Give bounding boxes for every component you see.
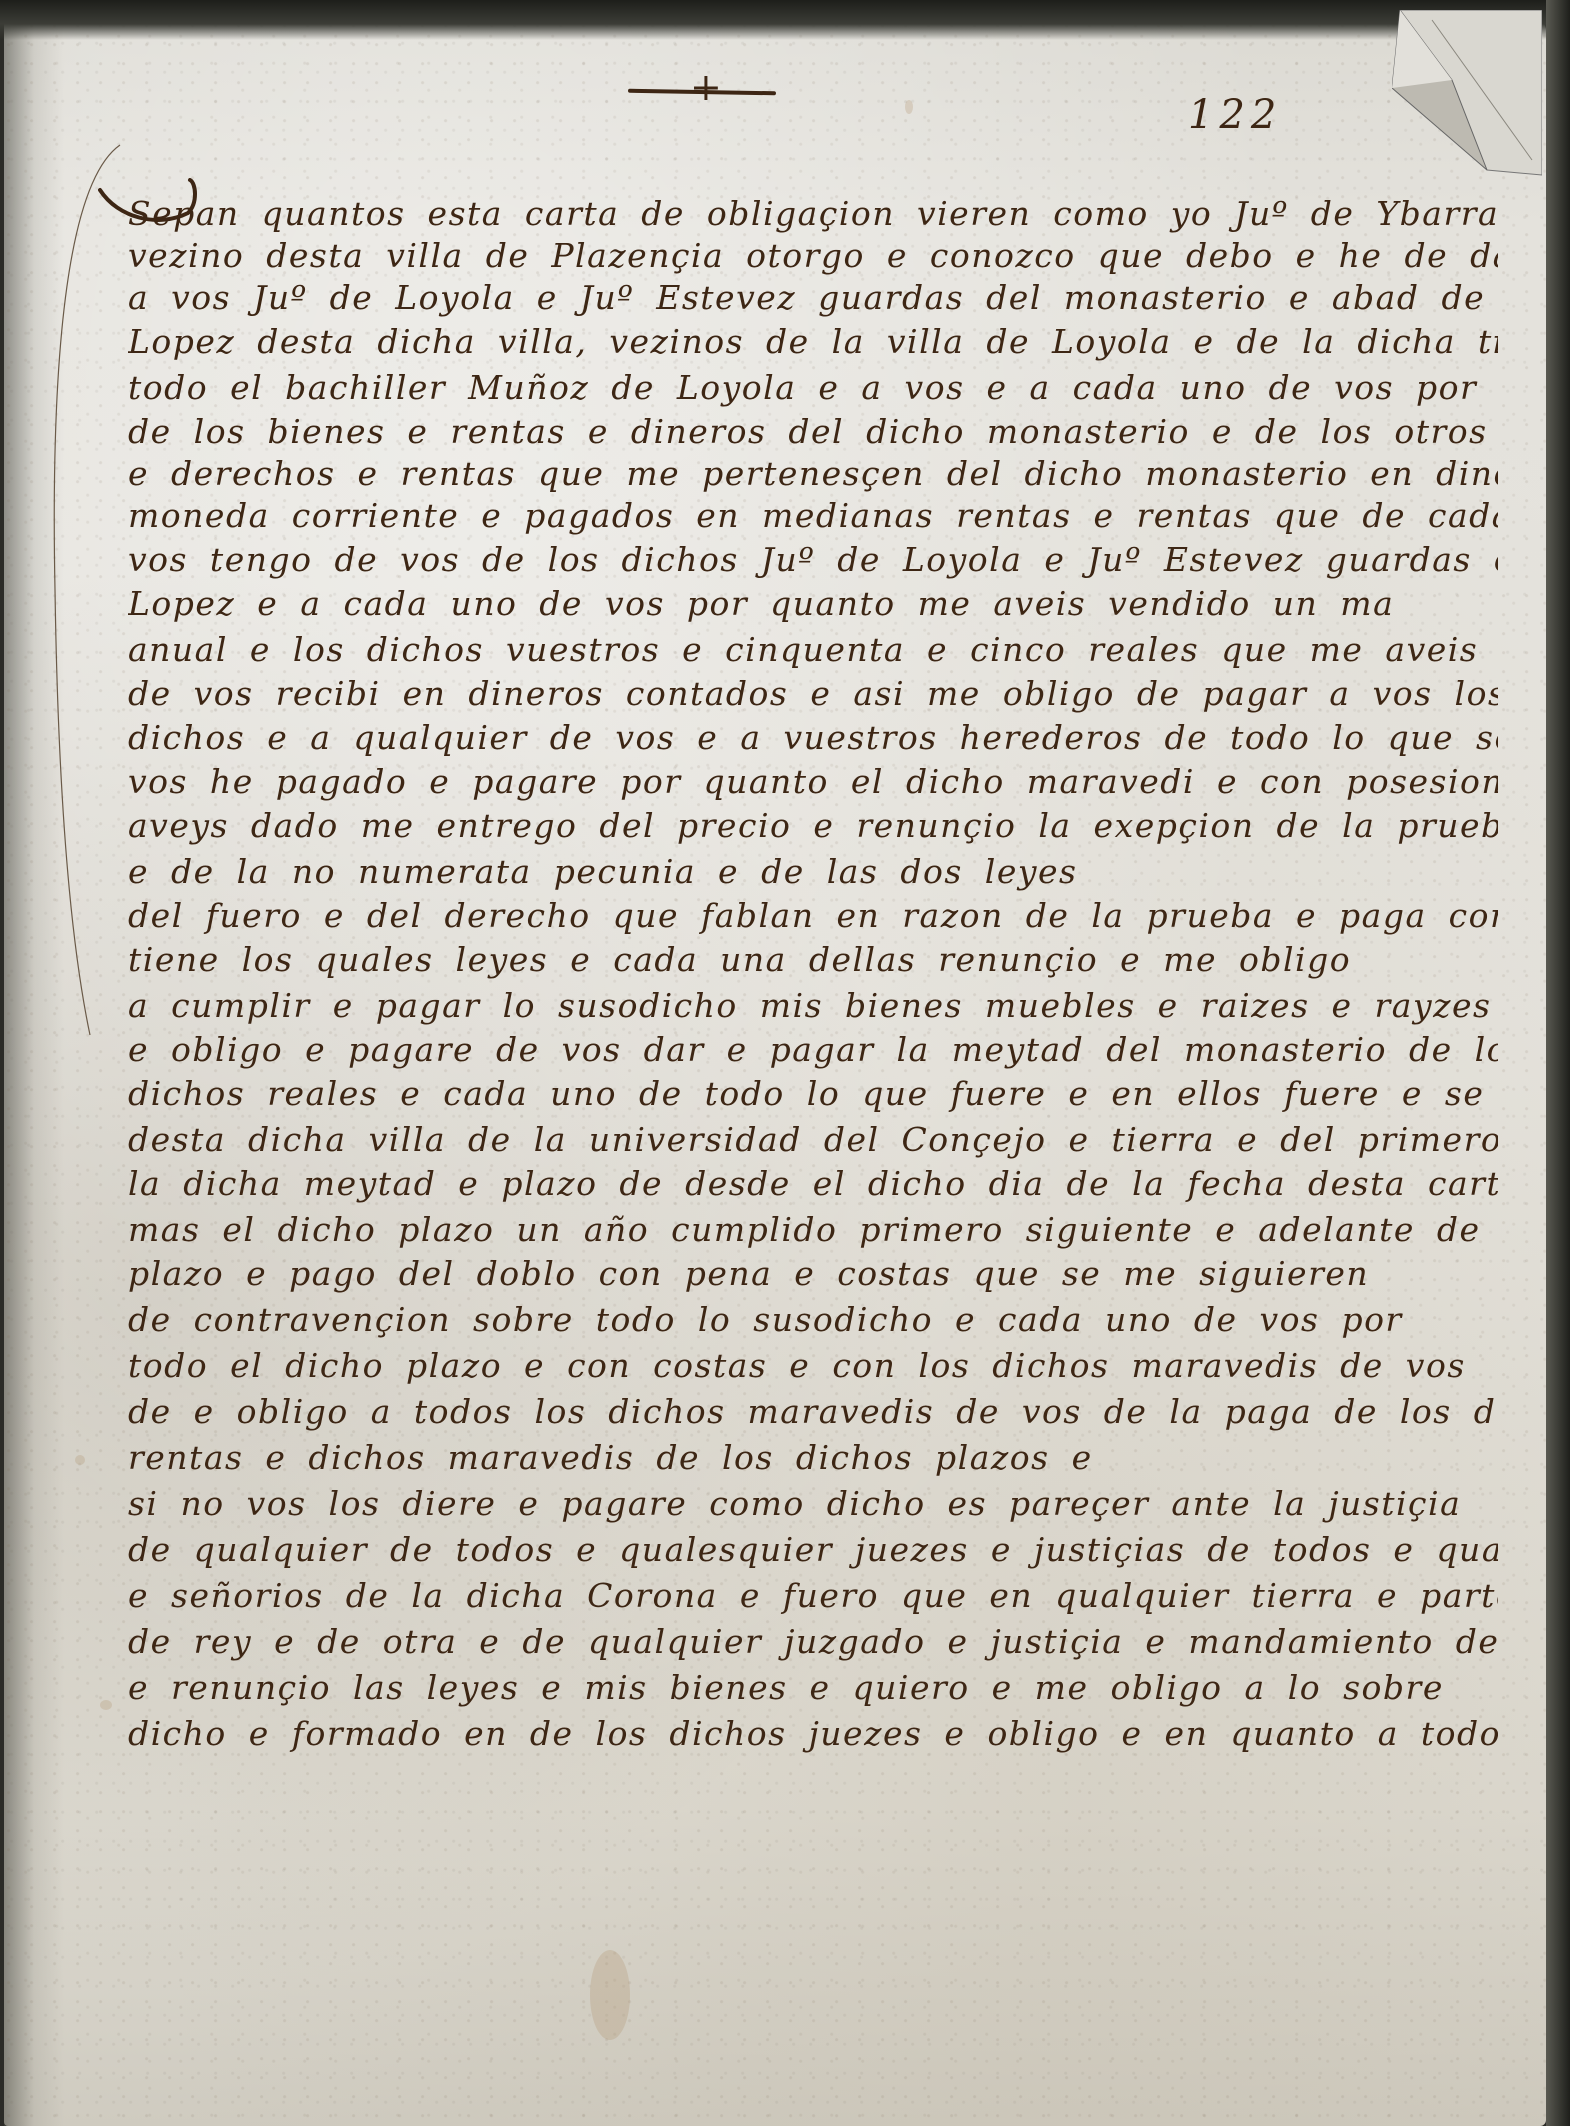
- text-line: dichos e a qualquier de vos e a vuestros…: [128, 718, 1498, 758]
- text-line: de qualquier de todos e qualesquier juez…: [128, 1530, 1498, 1570]
- text-line: e derechos e rentas que me pertenesçen d…: [128, 454, 1498, 494]
- text-line: si no vos los diere e pagare como dicho …: [128, 1484, 1498, 1524]
- text-line: de los bienes e rentas e dineros del dic…: [128, 412, 1498, 452]
- folio-number: 122: [1188, 92, 1282, 138]
- cross-glyph: +: [690, 68, 722, 106]
- text-line: vos he pagado e pagare por quanto el dic…: [128, 762, 1498, 802]
- folded-corner: [1392, 10, 1542, 180]
- text-line: la dicha meytad e plazo de desde el dich…: [128, 1164, 1498, 1204]
- manuscript-scan: + 122 Sepan quantos esta carta de obliga…: [0, 0, 1570, 2126]
- text-line: moneda corriente e pagados en medianas r…: [128, 496, 1498, 536]
- text-line: e señorios de la dicha Corona e fuero qu…: [128, 1576, 1498, 1616]
- binding-shadow-top: [0, 0, 1570, 40]
- text-line: anual e los dichos vuestros e cinquenta …: [128, 630, 1498, 670]
- text-line: rentas e dichos maravedis de los dichos …: [128, 1438, 1498, 1478]
- text-line: e obligo e pagare de vos dar e pagar la …: [128, 1030, 1498, 1070]
- text-line: todo el dicho plazo e con costas e con l…: [128, 1346, 1498, 1386]
- text-line: dichos reales e cada uno de todo lo que …: [128, 1074, 1498, 1114]
- text-line: Lopez desta dicha villa, vezinos de la v…: [128, 322, 1498, 362]
- text-line: de vos recibi en dineros contados e asi …: [128, 674, 1498, 714]
- stain-mark: [100, 1700, 112, 1710]
- text-line: aveys dado me entrego del precio e renun…: [128, 806, 1498, 846]
- text-line: mas el dicho plazo un año cumplido prime…: [128, 1210, 1498, 1250]
- text-line: vos tengo de vos de los dichos Juº de Lo…: [128, 540, 1498, 580]
- text-line: del fuero e del derecho que fablan en ra…: [128, 896, 1498, 936]
- text-line: tiene los quales leyes e cada una dellas…: [128, 940, 1498, 980]
- text-line: a cumplir e pagar lo susodicho mis biene…: [128, 986, 1498, 1026]
- text-line: plazo e pago del doblo con pena e costas…: [128, 1254, 1498, 1294]
- text-line: de e obligo a todos los dichos maravedis…: [128, 1392, 1498, 1432]
- text-line: Lopez e a cada uno de vos por quanto me …: [128, 584, 1498, 624]
- stain-mark: [905, 100, 913, 114]
- text-line: vezino desta villa de Plazençia otorgo e…: [128, 236, 1498, 276]
- text-line: desta dicha villa de la universidad del …: [128, 1120, 1498, 1160]
- header-cross-mark: +: [628, 82, 778, 122]
- stain-mark: [590, 1950, 630, 2040]
- text-line: dicho e formado en de los dichos juezes …: [128, 1714, 1498, 1754]
- text-line: Sepan quantos esta carta de obligaçion v…: [128, 194, 1498, 234]
- text-line: e de la no numerata pecunia e de las dos…: [128, 852, 1498, 892]
- text-line: todo el bachiller Muñoz de Loyola e a vo…: [128, 368, 1498, 408]
- text-line: a vos Juº de Loyola e Juº Estevez guarda…: [128, 278, 1498, 318]
- text-line: de rey e de otra e de qualquier juzgado …: [128, 1622, 1498, 1662]
- binding-shadow-right: [1546, 0, 1570, 2126]
- text-line: de contravençion sobre todo lo susodicho…: [128, 1300, 1498, 1340]
- text-line: e renunçio las leyes e mis bienes e quie…: [128, 1668, 1498, 1708]
- stain-mark: [75, 1455, 85, 1465]
